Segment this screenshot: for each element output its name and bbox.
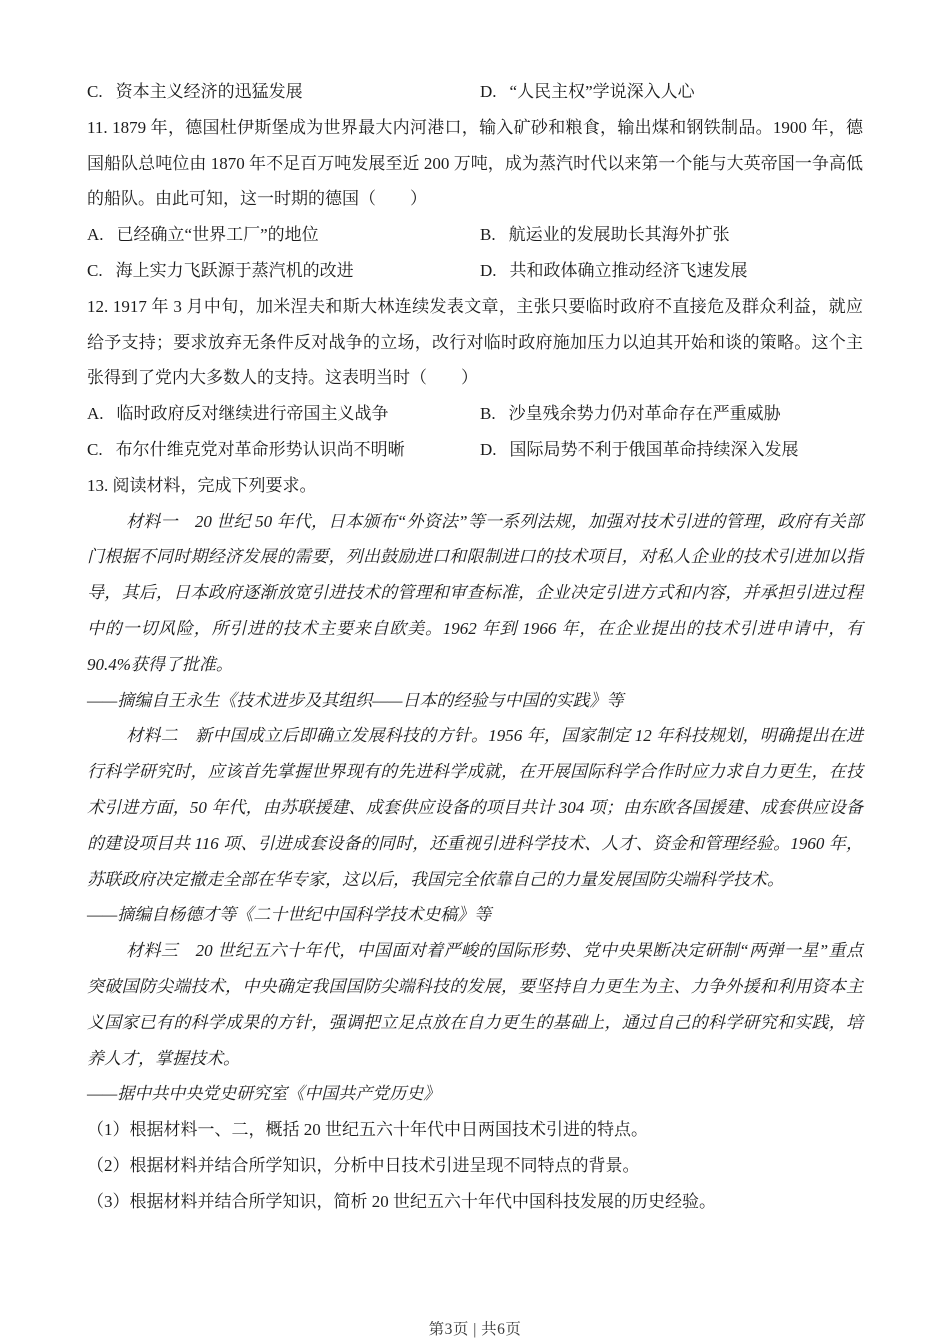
- q12-option-c: C.布尔什维克党对革命形势认识尚不明晰: [87, 432, 480, 468]
- q13-sub-question-3: （3）根据材料并结合所学知识，简析 20 世纪五六十年代中国科技发展的历史经验。: [87, 1184, 863, 1220]
- q11-option-b-label: B.: [480, 217, 496, 253]
- q13-material-3-source: ——据中共中央党史研究室《中国共产党历史》: [87, 1076, 863, 1112]
- q13-sub-question-2: （2）根据材料并结合所学知识，分析中日技术引进呈现不同特点的背景。: [87, 1148, 863, 1184]
- q10-option-d: D.“人民主权”学说深入人心: [480, 74, 863, 110]
- q11-option-d-text: 共和政体确立推动经济飞速发展: [510, 261, 748, 280]
- q12-option-b: B.沙皇残余势力仍对革命存在严重威胁: [480, 396, 863, 432]
- q12-option-c-text: 布尔什维克党对革命形势认识尚不明晰: [116, 440, 405, 459]
- q11-option-b-text: 航运业的发展助长其海外扩张: [509, 225, 730, 244]
- q10-option-c: C.资本主义经济的迅猛发展: [87, 74, 480, 110]
- q11-option-c-text: 海上实力飞跃源于蒸汽机的改进: [116, 261, 354, 280]
- q12-options-row-ab: A.临时政府反对继续进行帝国主义战争 B.沙皇残余势力仍对革命存在严重威胁: [87, 396, 863, 432]
- q11-options-row-cd: C.海上实力飞跃源于蒸汽机的改进 D.共和政体确立推动经济飞速发展: [87, 253, 863, 289]
- q12-option-a: A.临时政府反对继续进行帝国主义战争: [87, 396, 480, 432]
- q13-material-1-source: ——摘编自王永生《技术进步及其组织——日本的经验与中国的实践》等: [87, 683, 863, 719]
- q11-option-a-label: A.: [87, 217, 104, 253]
- q12-option-d-label: D.: [480, 432, 497, 468]
- q11-option-a: A.已经确立“世界工厂”的地位: [87, 217, 480, 253]
- q11-option-d-label: D.: [480, 253, 497, 289]
- q11-option-d: D.共和政体确立推动经济飞速发展: [480, 253, 863, 289]
- q11-option-a-text: 已经确立“世界工厂”的地位: [117, 225, 319, 244]
- q12-option-a-text: 临时政府反对继续进行帝国主义战争: [117, 404, 389, 423]
- q12-option-d: D.国际局势不利于俄国革命持续深入发展: [480, 432, 863, 468]
- q12-option-b-text: 沙皇残余势力仍对革命存在严重威胁: [509, 404, 781, 423]
- q13-material-2: 材料二 新中国成立后即确立发展科技的方针。1956 年，国家制定 12 年科技规…: [87, 718, 863, 897]
- q10-option-d-label: D.: [480, 74, 497, 110]
- page-number: 第3页 | 共6页: [0, 1317, 950, 1339]
- q13-sub-question-1: （1）根据材料一、二，概括 20 世纪五六十年代中日两国技术引进的特点。: [87, 1112, 863, 1148]
- q10-option-c-text: 资本主义经济的迅猛发展: [116, 82, 303, 101]
- q13-material-3: 材料三 20 世纪五六十年代，中国面对着严峻的国际形势、党中央果断决定研制“两弹…: [87, 933, 863, 1076]
- page-content: C.资本主义经济的迅猛发展 D.“人民主权”学说深入人心 11. 1879 年，…: [87, 74, 863, 1220]
- q11-options-row-ab: A.已经确立“世界工厂”的地位 B.航运业的发展助长其海外扩张: [87, 217, 863, 253]
- q11-option-c: C.海上实力飞跃源于蒸汽机的改进: [87, 253, 480, 289]
- q10-option-c-label: C.: [87, 74, 103, 110]
- q12-options-row-cd: C.布尔什维克党对革命形势认识尚不明晰 D.国际局势不利于俄国革命持续深入发展: [87, 432, 863, 468]
- q11-stem: 11. 1879 年，德国杜伊斯堡成为世界最大内河港口，输入矿砂和粮食，输出煤和…: [87, 110, 863, 217]
- q13-material-1: 材料一 20 世纪 50 年代，日本颁布“外资法”等一系列法规，加强对技术引进的…: [87, 504, 863, 683]
- q12-stem: 12. 1917 年 3 月中旬，加米涅夫和斯大林连续发表文章，主张只要临时政府…: [87, 289, 863, 396]
- q10-options-row: C.资本主义经济的迅猛发展 D.“人民主权”学说深入人心: [87, 74, 863, 110]
- q11-option-c-label: C.: [87, 253, 103, 289]
- q13-material-2-source: ——摘编自杨德才等《二十世纪中国科学技术史稿》等: [87, 897, 863, 933]
- q12-option-d-text: 国际局势不利于俄国革命持续深入发展: [510, 440, 799, 459]
- exam-document-page: C.资本主义经济的迅猛发展 D.“人民主权”学说深入人心 11. 1879 年，…: [0, 0, 950, 1344]
- q12-option-a-label: A.: [87, 396, 104, 432]
- q12-option-b-label: B.: [480, 396, 496, 432]
- q13-intro: 13. 阅读材料，完成下列要求。: [87, 468, 863, 504]
- q11-option-b: B.航运业的发展助长其海外扩张: [480, 217, 863, 253]
- q10-option-d-text: “人民主权”学说深入人心: [510, 82, 695, 101]
- q12-option-c-label: C.: [87, 432, 103, 468]
